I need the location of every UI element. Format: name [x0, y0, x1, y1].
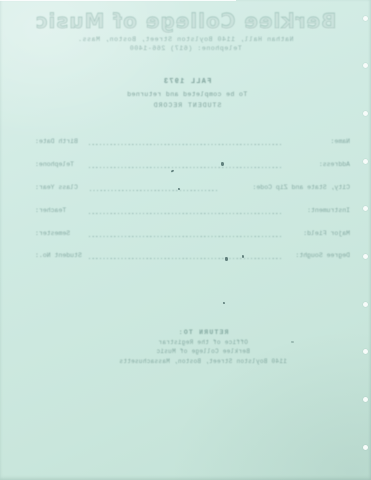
center-title-block: FALL 1973 To be completed and returned S… — [3, 78, 371, 109]
bleed-through-layer: Berklee College of Music Nathan Hall, 11… — [0, 0, 371, 480]
punch-hole — [363, 16, 368, 21]
footer-line-1: Office of the Registrar — [56, 339, 350, 346]
row-label-left: Name: — [284, 138, 350, 145]
dotted-leader-line — [88, 206, 281, 214]
row-label-right: Birth Date: — [35, 138, 85, 145]
dotted-leader-line — [88, 137, 281, 145]
ink-speck — [223, 302, 225, 304]
form-row: City, State and Zip Code: Class Year: — [35, 181, 350, 191]
punch-hole — [363, 254, 368, 259]
punch-hole — [363, 206, 368, 211]
punch-hole — [363, 111, 368, 116]
footer-heading: RETURN TO: — [56, 329, 350, 336]
row-label-left: Major Field: — [284, 230, 350, 237]
title-line-1: FALL 1973 — [3, 78, 371, 86]
row-label-right: Telephone: — [35, 161, 85, 168]
punch-hole — [363, 397, 368, 402]
title-line-2: To be completed and returned — [3, 91, 371, 98]
footer-line-3: 1140 Boylston Street, Boston, Massachuse… — [56, 358, 350, 365]
title-line-3: STUDENT RECORD — [3, 102, 371, 109]
row-label-left: Instrument: — [284, 207, 350, 214]
ink-smudge — [291, 341, 294, 343]
form-row: Degree Sought: Student No.: — [35, 249, 350, 259]
address-line-1: Nathan Hall, 1140 Boylston Street, Bosto… — [0, 36, 371, 43]
dotted-leader-line — [88, 160, 281, 168]
return-address-block: RETURN TO: Office of the Registrar Berkl… — [56, 329, 350, 365]
dotted-leader-line — [88, 183, 217, 191]
row-label-right: Semester: — [35, 230, 85, 237]
row-label-left: Address: — [284, 161, 350, 168]
berklee-logo-text: Berklee College of Music — [0, 9, 371, 33]
form-row: Instrument: Teacher: — [35, 204, 350, 214]
scanned-page: Berklee College of Music Nathan Hall, 11… — [0, 0, 371, 480]
ink-speck — [221, 162, 224, 166]
form-row: Major Field: Semester: — [35, 227, 350, 237]
row-label-right: Class Year: — [35, 184, 85, 191]
form-rows: Name: Birth Date: Address: Telephone: Ci… — [35, 135, 350, 272]
row-label-right: Teacher: — [35, 207, 85, 214]
punch-hole — [363, 302, 368, 307]
form-row: Address: Telephone: — [35, 158, 350, 168]
ink-speck — [225, 257, 228, 261]
footer-line-2: Berklee College of Music — [56, 348, 350, 355]
punch-hole — [363, 63, 368, 68]
dotted-leader-line — [88, 251, 281, 259]
address-line-2: Telephone: (617) 266-1400 — [0, 45, 371, 52]
dotted-leader-line — [88, 229, 281, 237]
ink-speck — [178, 188, 180, 190]
punch-hole — [363, 349, 368, 354]
row-label-left: City, State and Zip Code: — [220, 184, 350, 191]
punch-hole — [363, 445, 368, 450]
form-row: Name: Birth Date: — [35, 135, 350, 145]
row-label-left: Degree Sought: — [284, 252, 350, 259]
ink-speck — [242, 255, 244, 258]
punch-hole — [363, 159, 368, 164]
row-label-right: Student No.: — [35, 252, 85, 259]
